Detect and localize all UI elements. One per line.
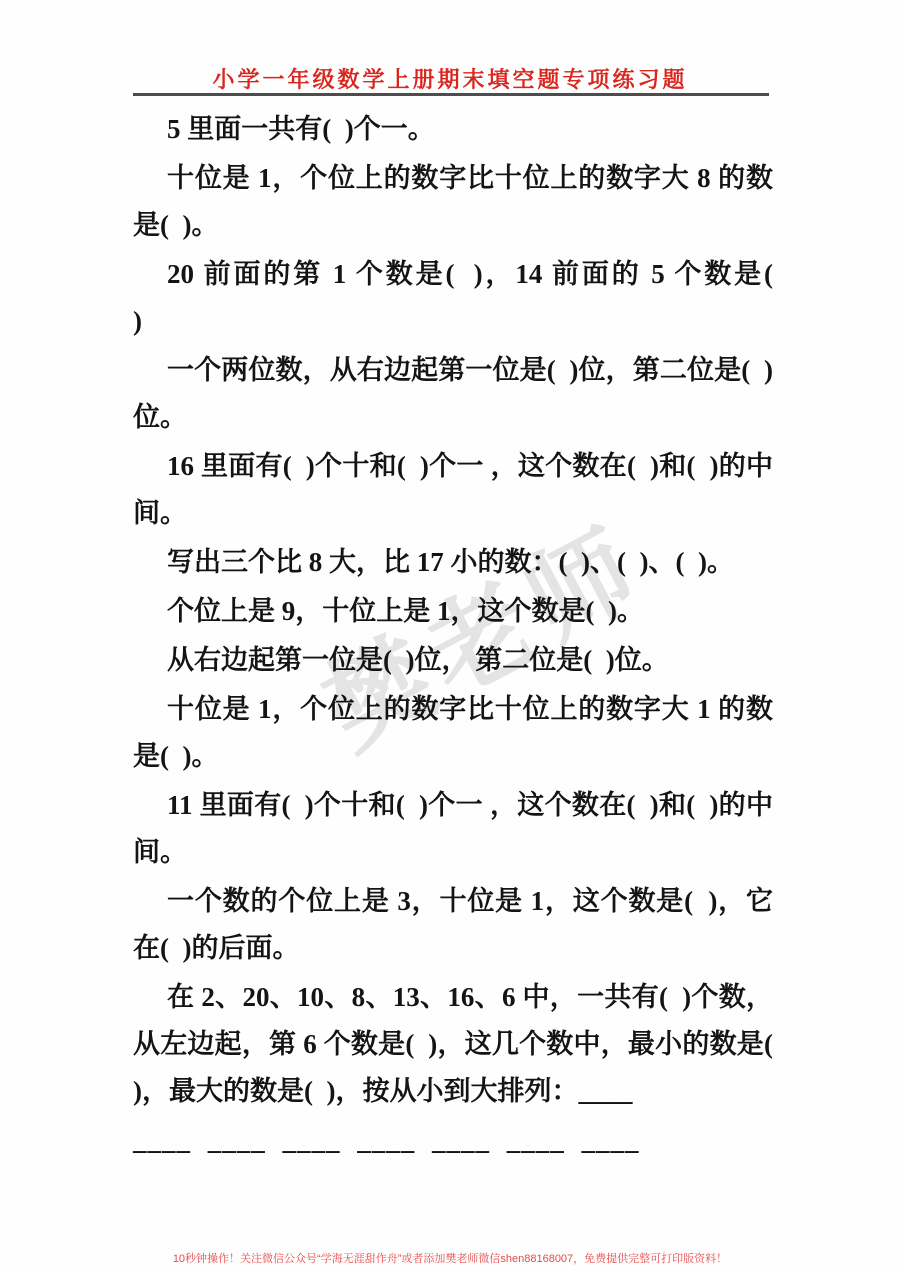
question-item: 十位是 1，个位上的数字比十位上的数字大 1 的数是( )。 [133,686,773,780]
page-title: 小学一年级数学上册期末填空题专项练习题 [0,63,900,94]
question-item: 写出三个比 8 大，比 17 小的数：( )、( )、( )。 [133,539,773,586]
question-item: 16 里面有( )个十和( )个一 ，这个数在( )和( )的中间。 [133,443,773,537]
question-item: 5 里面一共有( )个一。 [133,106,773,153]
question-item: 从右边起第一位是( )位， 第二位是( )位。 [133,637,773,684]
question-item: 一个两位数，从右边起第一位是( )位，第二位是( )位。 [133,347,773,441]
question-item: 十位是 1，个位上的数字比十位上的数字大 8 的数是( )。 [133,155,773,249]
question-item: 在 2、20、10、8、13、16、6 中，一共有( )个数，从左边起，第 6 … [133,974,773,1115]
footer-promo: 10秒钟操作！关注微信公众号“学海无涯甜作舟”或者添加樊老师微信shen8816… [0,1250,900,1266]
question-item: 个位上是 9，十位上是 1，这个数是( )。 [133,588,773,635]
answer-blanks-line: ____ ____ ____ ____ ____ ____ ____ [133,1117,773,1164]
question-item: 11 里面有( )个十和( )个一 ，这个数在( )和( )的中间。 [133,782,773,876]
questions-list: 5 里面一共有( )个一。 十位是 1，个位上的数字比十位上的数字大 8 的数是… [133,106,773,1166]
question-item: 一个数的个位上是 3，十位是 1，这个数是( )，它在( )的后面。 [133,878,773,972]
title-divider [133,93,769,96]
question-item: 20 前面的第 1 个数是( )，14 前面的 5 个数是( ) [133,251,773,345]
worksheet-page: 小学一年级数学上册期末填空题专项练习题 樊老师 5 里面一共有( )个一。 十位… [0,0,900,1272]
